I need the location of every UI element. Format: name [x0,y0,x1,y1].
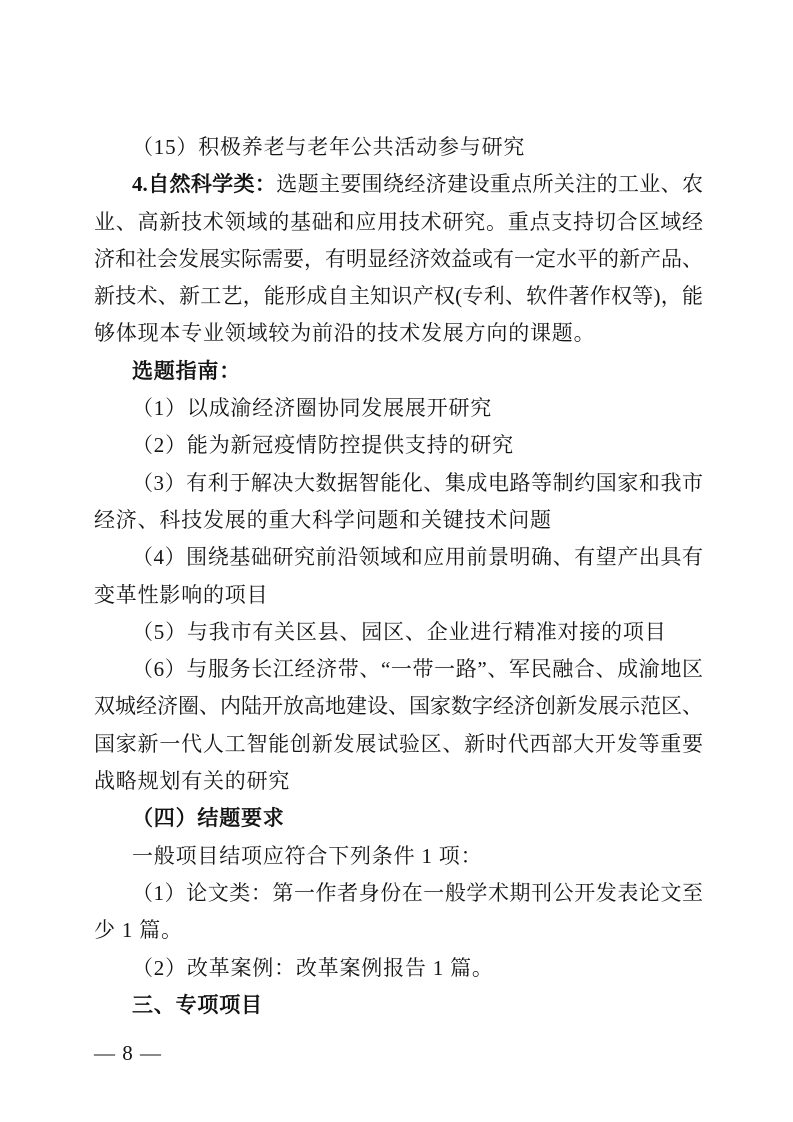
text-line: （四）结题要求 [94,800,703,837]
text-run: （1）以成渝经济圈协同发展展开研究 [132,396,492,420]
heading-text-run: 三、专项项目 [132,993,263,1017]
page-footer: — 8 — [94,1035,162,1071]
text-line: 一般项目结项应符合下列条件 1 项： [94,838,703,875]
text-line: 4.自然科学类：选题主要围绕经济建设重点所关注的工业、农 [94,166,703,203]
text-run: （6）与服务长江经济带、“一带一路”、军民融合、成渝地区 [132,657,703,681]
text-line: （15）积极养老与老年公共活动参与研究 [94,129,703,166]
text-line: 变革性影响的项目 [94,577,703,614]
text-line: （1）论文类：第一作者身份在一般学术期刊公开发表论文至 [94,875,703,912]
text-run: 业、高新技术领域的基础和应用技术研究。重点支持切合区域经 [94,210,703,234]
text-line: （5）与我市有关区县、园区、企业进行精准对接的项目 [94,614,703,651]
text-run: 变革性影响的项目 [94,583,268,607]
text-run: 够体现本专业领域较为前沿的技术发展方向的课题。 [94,321,595,345]
text-line: （3）有利于解决大数据智能化、集成电路等制约国家和我市 [94,465,703,502]
text-line: 少 1 篇。 [94,912,703,949]
document-page: （15）积极养老与老年公共活动参与研究4.自然科学类：选题主要围绕经济建设重点所… [0,0,793,1122]
text-line: （6）与服务长江经济带、“一带一路”、军民融合、成渝地区 [94,651,703,688]
text-run: 一般项目结项应符合下列条件 1 项： [132,844,482,868]
text-line: （4）围绕基础研究前沿领域和应用前景明确、有望产出具有 [94,539,703,576]
text-run: （2）改革案例：改革案例报告 1 篇。 [132,956,494,980]
text-line: 新技术、新工艺，能形成自主知识产权(专利、软件著作权等)，能 [94,278,703,315]
text-run: 经济、科技发展的重大科学问题和关键技术问题 [94,508,552,532]
text-run: （2）能为新冠疫情防控提供支持的研究 [132,433,514,457]
text-run: 选题主要围绕经济建设重点所关注的工业、农 [276,172,703,196]
text-run: 战略规划有关的研究 [94,769,290,793]
text-run: 少 1 篇。 [94,918,183,942]
text-line: 经济、科技发展的重大科学问题和关键技术问题 [94,502,703,539]
text-run: 双城经济圈、内陆开放高地建设、国家数字经济创新发展示范区、 [94,694,703,718]
text-line: （2）改革案例：改革案例报告 1 篇。 [94,950,703,987]
text-line: 济和社会发展实际需要，有明显经济效益或有一定水平的新产品、 [94,241,703,278]
text-run: （15）积极养老与老年公共活动参与研究 [132,135,525,159]
text-line: 战略规划有关的研究 [94,763,703,800]
text-run: （5）与我市有关区县、园区、企业进行精准对接的项目 [132,620,667,644]
text-line: 三、专项项目 [94,987,703,1024]
document-body: （15）积极养老与老年公共活动参与研究4.自然科学类：选题主要围绕经济建设重点所… [94,129,703,1024]
text-line: （2）能为新冠疫情防控提供支持的研究 [94,427,703,464]
heading-text-run: （四）结题要求 [132,806,285,830]
text-run: 济和社会发展实际需要，有明显经济效益或有一定水平的新产品、 [94,247,703,271]
text-run: （3）有利于解决大数据智能化、集成电路等制约国家和我市 [132,471,703,495]
text-line: 国家新一代人工智能创新发展试验区、新时代西部大开发等重要 [94,726,703,763]
text-run: 国家新一代人工智能创新发展试验区、新时代西部大开发等重要 [94,732,703,756]
text-run: （4）围绕基础研究前沿领域和应用前景明确、有望产出具有 [132,545,703,569]
text-line: 选题指南： [94,353,703,390]
text-line: 业、高新技术领域的基础和应用技术研究。重点支持切合区域经 [94,204,703,241]
text-run: （1）论文类：第一作者身份在一般学术期刊公开发表论文至 [132,881,703,905]
text-line: 双城经济圈、内陆开放高地建设、国家数字经济创新发展示范区、 [94,688,703,725]
page-number: — 8 — [94,1041,162,1065]
text-line: 够体现本专业领域较为前沿的技术发展方向的课题。 [94,315,703,352]
text-run: 新技术、新工艺，能形成自主知识产权(专利、软件著作权等)，能 [94,284,703,308]
text-line: （1）以成渝经济圈协同发展展开研究 [94,390,703,427]
heading-text-run: 4.自然科学类： [132,172,276,196]
heading-text-run: 选题指南： [132,359,241,383]
